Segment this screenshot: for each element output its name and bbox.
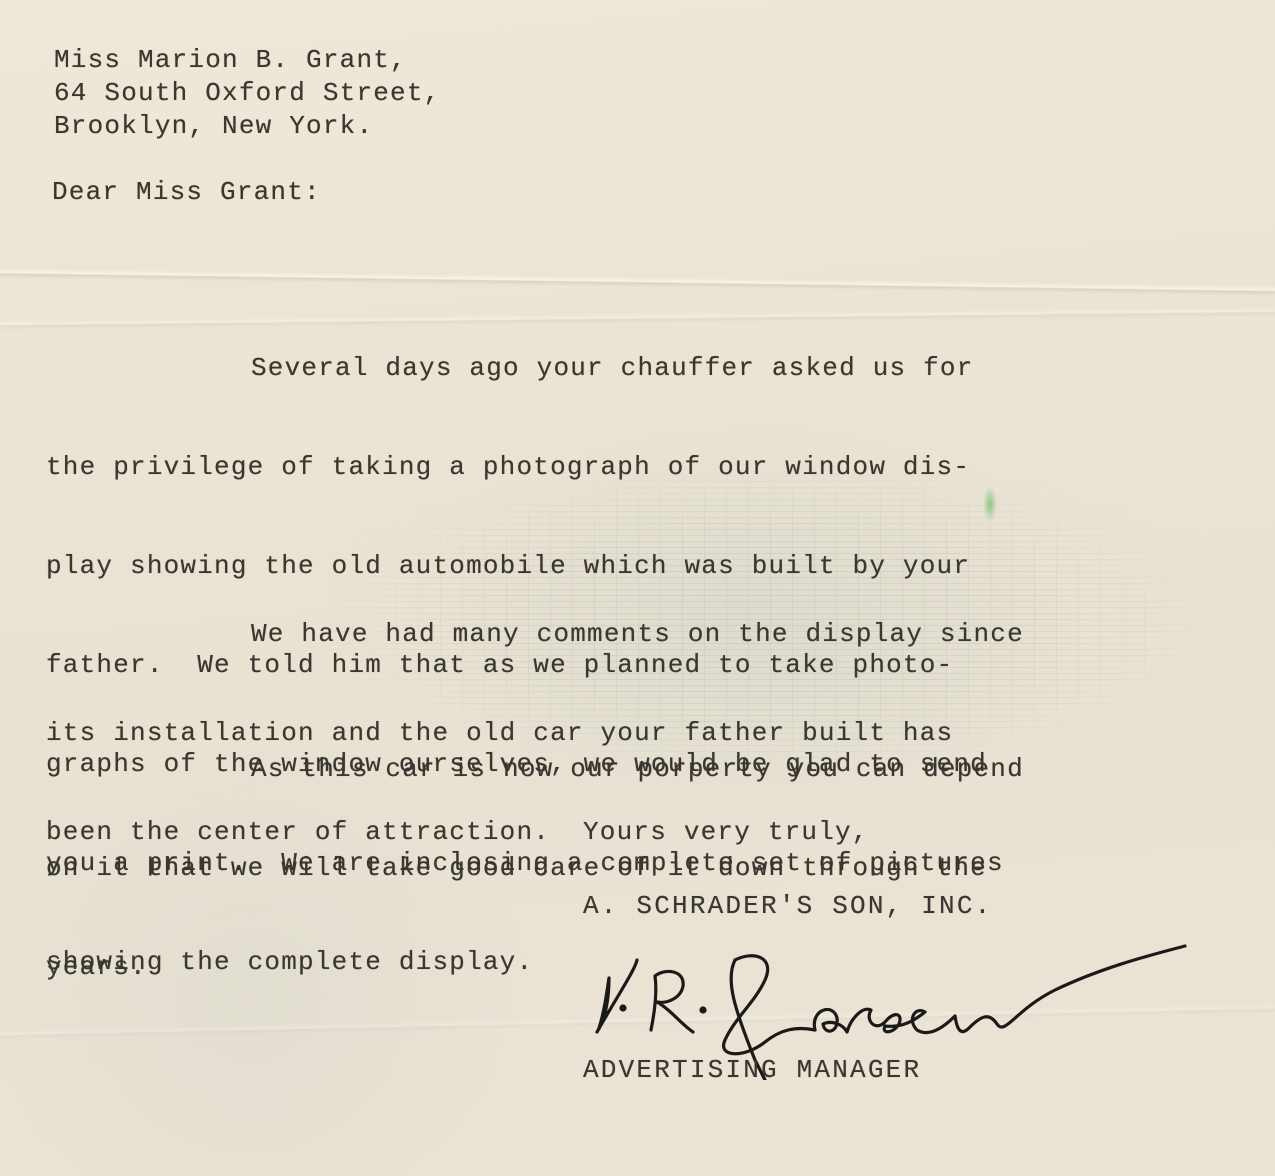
paragraph-line: on it that we will take good care of it … [46,852,1024,885]
paragraph-line: Several days ago your chauffer asked us … [46,352,1004,385]
paragraph-line: We have had many comments on the display… [46,618,1024,651]
complimentary-closing: Yours very truly, [583,816,869,849]
company-name: A. SCHRADER'S SON, INC. [583,890,992,923]
address-line-city: Brooklyn, New York. [54,110,440,143]
signer-title: ADVERTISING MANAGER [583,1054,921,1087]
address-line-street: 64 South Oxford Street, [54,77,440,110]
paragraph-line: As this car is now our porperty you can … [46,753,1024,786]
letter-page: Miss Marion B. Grant,64 South Oxford Str… [0,0,1275,1176]
paragraph-line: the privilege of taking a photograph of … [46,451,1004,484]
address-line-name: Miss Marion B. Grant, [54,44,440,77]
recipient-address: Miss Marion B. Grant,64 South Oxford Str… [54,44,440,143]
salutation: Dear Miss Grant: [52,176,321,209]
